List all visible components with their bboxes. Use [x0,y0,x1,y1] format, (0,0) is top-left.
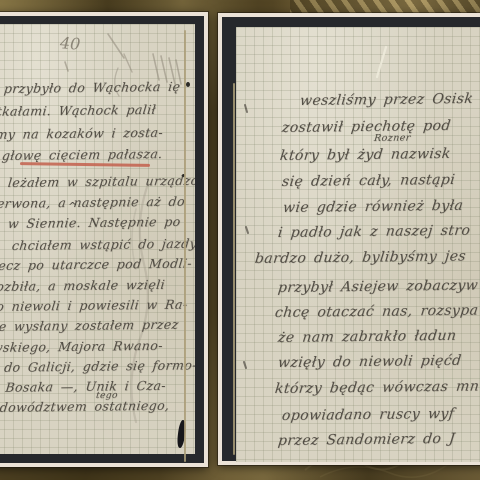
handwritten-line: rozbiła, a moskale wzięli [0,277,166,294]
left-page-scan: 40 przybyło do Wąchocka ię ostkałami. Wą… [0,12,208,467]
handwritten-line: głowę cięciem pałasza. [1,146,163,163]
handwritten-line: chcę otaczać nas, rozsypa [274,303,479,321]
handwritten-line: leżałem w szpitalu urządzo- [7,173,195,190]
left-page-edge [184,30,186,462]
handwritten-line: opowiadano ruscy wyf [281,406,455,424]
handwritten-line: bardzo dużo, bylibyśmy jes [254,248,467,267]
ink-speck [186,82,190,87]
handwritten-line: i padło jak z naszej stro [277,223,471,241]
handwritten-line: żerwona, a następnie aż do [0,194,186,211]
handwritten-line: przez Sandomierz do J [277,431,456,449]
handwritten-line: że nam zabrakło ładun [277,328,457,346]
handwritten-line: nie wysłany zostałem przez [0,317,180,334]
handwritten-line: chciałem wstąpić do jazdy [11,236,195,253]
right-page-edge [233,83,235,455]
left-page-paper: 40 przybyło do Wąchocka ię ostkałami. Wą… [0,24,195,454]
handwritten-line: przybyło do Wąchocka ię [3,79,181,96]
manuscript-spread: 40 przybyło do Wąchocka ię ostkałami. Wą… [0,0,480,480]
handwritten-line: zostawił piechotę pod [281,118,452,136]
handwritten-line: d dowództwem ostatniego, [0,398,170,415]
handwritten-line: owskiego, Majora Rwano- [0,338,164,355]
right-page-scan: weszliśmy przez Osisk d zostawił piechot… [218,13,480,465]
handwritten-line: zą do Galicji, gdzie się formo- [0,357,195,375]
inserted-word: Rozner [373,133,411,144]
handwritten-line: liśmy na kozaków i zosta- [0,125,164,142]
handwritten-line: w Siennie. Następnie po [7,214,181,231]
handwritten-line: wzięły do niewoli pięćd [277,353,462,371]
handwritten-line: wie gdzie również była [282,198,464,216]
right-page-paper: weszliśmy przez Osisk d zostawił piechot… [236,27,480,462]
handwritten-line: się dzień cały, nastąpi [281,172,456,190]
handwritten-line: którzy będąc wówczas mn [274,379,480,397]
handwritten-line: lecz po utarczce pod Modli- [0,256,193,273]
handwritten-line: weszliśmy przez Osisk d [299,91,480,109]
handwritten-line: przybył Asiejew zobaczyw [277,278,479,296]
handwritten-line: który był żyd nazwisk [279,146,451,164]
insertion-caret: ^ [68,200,77,213]
inserted-word: tego [95,391,118,401]
handwritten-line: ostkałami. Wąchock palił [0,102,157,119]
handwritten-line: do niewoli i powiesili w Ra- [0,297,188,314]
handwritten-line: je Bosaka —, Unik i Cza- [0,378,167,395]
